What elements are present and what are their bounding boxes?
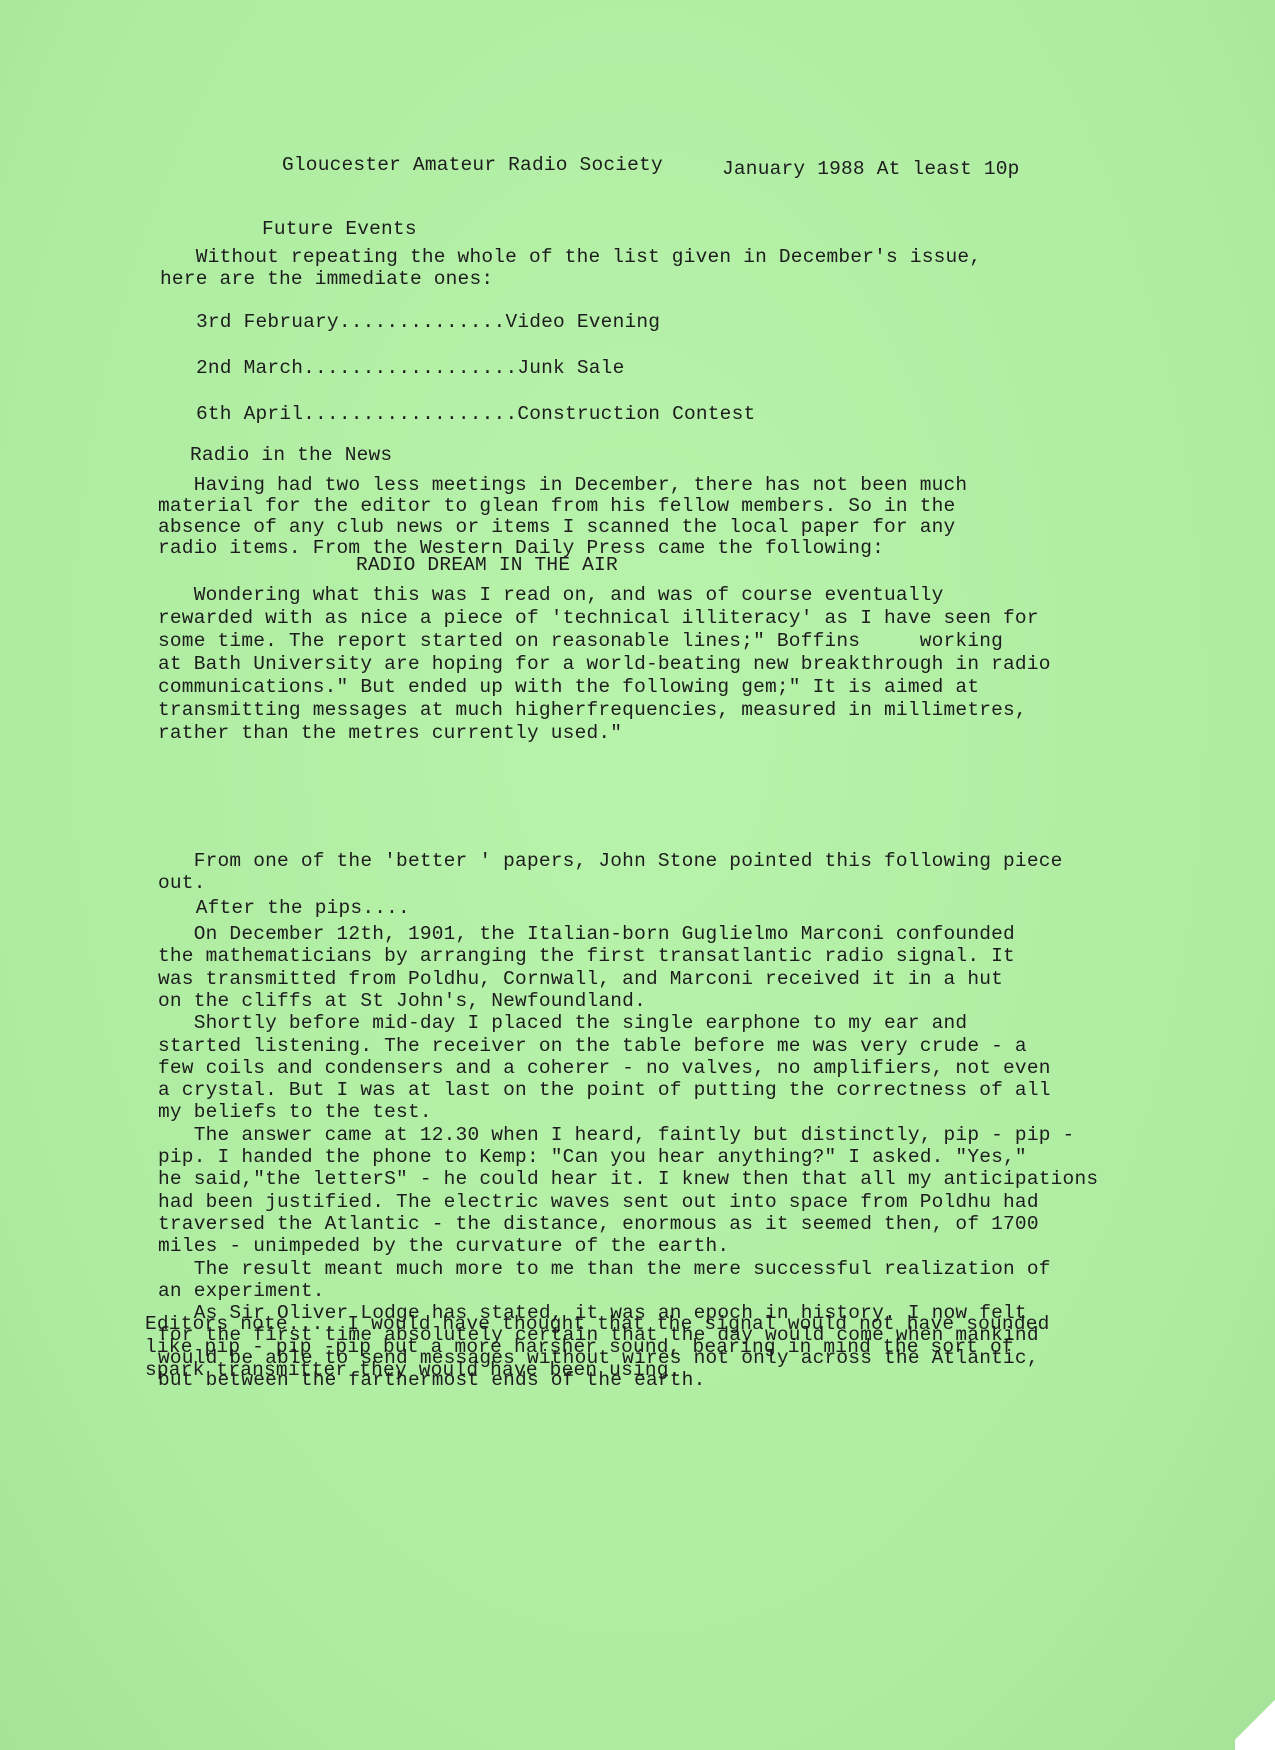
text-line: the mathematicians by arranging the firs… (158, 947, 1015, 967)
after-pips-heading: After the pips.... (160, 899, 410, 919)
text-line: few coils and condensers and a coherer -… (158, 1059, 1051, 1079)
text-line: Editors note.... I would have thought th… (145, 1315, 1050, 1335)
text-line: at Bath University are hoping for a worl… (158, 655, 1051, 675)
issue-info: January 1988 At least 10p (722, 160, 1020, 180)
text-line: started listening. The receiver on the t… (158, 1037, 1027, 1057)
text-line: an experiment. (158, 1282, 325, 1302)
text-line: From one of the 'better ' papers, John S… (158, 852, 1063, 872)
text-line: my beliefs to the test. (158, 1103, 432, 1123)
text-line: Wondering what this was I read on, and w… (158, 586, 944, 606)
text-line: rather than the metres currently used." (158, 724, 622, 744)
text-line: had been justified. The electric waves s… (158, 1193, 1039, 1213)
news-headline: RADIO DREAM IN THE AIR (356, 556, 618, 576)
text-line: was transmitted from Poldhu, Cornwall, a… (158, 970, 1003, 990)
text-line: On December 12th, 1901, the Italian-born… (158, 925, 1015, 945)
text-line: absence of any club news or items I scan… (158, 518, 955, 538)
text-line: here are the immediate ones: (160, 270, 493, 290)
text-line: traversed the Atlantic - the distance, e… (158, 1215, 1039, 1235)
event-item: 3rd February..............Video Evening (196, 313, 660, 333)
text-line: Having had two less meetings in December… (158, 476, 967, 496)
event-item: 2nd March..................Junk Sale (196, 359, 624, 379)
text-line: transmitting messages at much higherfreq… (158, 701, 1027, 721)
text-line: on the cliffs at St John's, Newfoundland… (158, 992, 646, 1012)
text-line: spark transmitter they would have been u… (145, 1361, 681, 1381)
text-line: miles - unimpeded by the curvature of th… (158, 1237, 729, 1257)
text-line: The answer came at 12.30 when I heard, f… (158, 1126, 1074, 1146)
text-line: communications." But ended up with the f… (158, 678, 979, 698)
text-line: some time. The report started on reasona… (158, 632, 1003, 652)
text-line: The result meant much more to me than th… (158, 1260, 1051, 1280)
text-line: he said,"the letterS" - he could hear it… (158, 1170, 1098, 1190)
text-line: pip. I handed the phone to Kemp: "Can yo… (158, 1148, 1027, 1168)
society-title: Gloucester Amateur Radio Society (282, 156, 663, 176)
text-line: rewarded with as nice a piece of 'techni… (158, 609, 1039, 629)
future-events-heading: Future Events (262, 220, 417, 240)
radio-news-heading: Radio in the News (190, 446, 392, 466)
text-line: Shortly before mid-day I placed the sing… (158, 1014, 967, 1034)
text-line: out. (158, 874, 206, 894)
text-line: Without repeating the whole of the list … (160, 248, 981, 268)
text-line: like pip - pip -pip but a more harsher s… (145, 1338, 1014, 1358)
text-line: a crystal. But I was at last on the poin… (158, 1081, 1051, 1101)
event-item: 6th April..................Construction … (196, 405, 755, 425)
page-corner-fold (1235, 1690, 1275, 1750)
newsletter-page: Gloucester Amateur Radio Society January… (0, 0, 1275, 1750)
text-line: material for the editor to glean from hi… (158, 497, 955, 517)
